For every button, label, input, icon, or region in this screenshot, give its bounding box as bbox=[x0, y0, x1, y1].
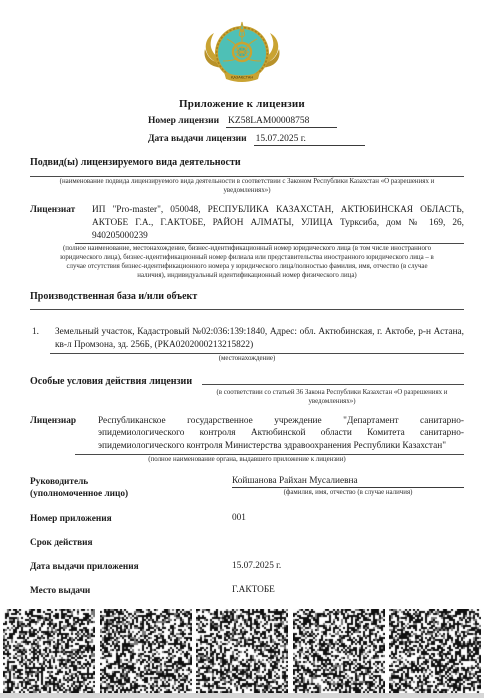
head-label-line2: (уполномоченное лицо) bbox=[30, 488, 232, 500]
license-issue-date-value: 15.07.2025 г. bbox=[254, 134, 365, 146]
special-conditions-row: Особые условия действия лицензии bbox=[30, 376, 464, 387]
divider bbox=[75, 454, 464, 455]
divider bbox=[75, 243, 464, 244]
appendix-date-row: Дата выдачи приложения 15.07.2025 г. bbox=[30, 561, 464, 573]
security-barcode bbox=[196, 609, 288, 696]
head-caption: (фамилия, имя, отчество (в случае наличи… bbox=[232, 489, 464, 496]
emblem-banner-text: ҚАЗАҚСТАН bbox=[231, 76, 253, 80]
subtype-heading: Подвид(ы) лицензируемого вида деятельнос… bbox=[30, 157, 464, 168]
item-number: 1. bbox=[32, 326, 39, 339]
appendix-date-label: Дата выдачи приложения bbox=[30, 561, 232, 573]
production-base-heading: Производственная база и/или объект bbox=[30, 291, 464, 302]
security-barcode bbox=[293, 609, 385, 696]
security-barcode bbox=[100, 609, 192, 696]
license-number-row: Номер лицензииKZ58LAM00008758 bbox=[148, 116, 484, 128]
place-value: Г.АКТОБЕ bbox=[232, 585, 464, 597]
license-appendix-document: ҚАЗАҚСТАН Приложение к лицензии Номер ли… bbox=[0, 0, 484, 700]
head-row: Руководитель (уполномоченное лицо) Койша… bbox=[30, 476, 464, 500]
subtype-caption: (наименование подвида лицензируемого вид… bbox=[30, 178, 464, 196]
appendix-number-value: 001 bbox=[232, 513, 464, 525]
kazakhstan-coat-of-arms-icon: ҚАЗАҚСТАН bbox=[197, 21, 287, 87]
licensee-block: Лицензиат ИП "Pro-master", 050048, РЕСПУ… bbox=[30, 204, 464, 242]
validity-label: Срок действия bbox=[30, 537, 232, 549]
licensee-caption: (полное наименование, местонахождение, б… bbox=[30, 245, 464, 281]
special-conditions-heading: Особые условия действия лицензии bbox=[30, 376, 192, 387]
divider bbox=[30, 309, 464, 310]
licensor-label: Лицензиар bbox=[30, 415, 76, 428]
production-base-item: 1. Земельный участок, Кадастровый №02:03… bbox=[30, 326, 464, 352]
license-issue-date-row: Дата выдачи лицензии15.07.2025 г. bbox=[148, 134, 484, 146]
production-base-caption: (местонахождение) bbox=[30, 355, 464, 364]
license-number-value: KZ58LAM00008758 bbox=[226, 116, 337, 128]
licensor-caption: (полное наименование органа, выдавшего п… bbox=[30, 456, 464, 465]
appendix-date-value: 15.07.2025 г. bbox=[232, 561, 464, 573]
licensee-value: ИП "Pro-master", 050048, РЕСПУБЛИКА КАЗА… bbox=[92, 205, 464, 241]
appendix-number-row: Номер приложения 001 bbox=[30, 513, 464, 525]
licensor-value: Республиканское государственное учрежден… bbox=[98, 416, 464, 452]
place-label: Место выдачи bbox=[30, 585, 232, 597]
validity-value bbox=[232, 537, 464, 549]
blank-line bbox=[202, 384, 464, 385]
head-value-column: Койшанова Райхан Мусалиевна (фамилия, им… bbox=[232, 476, 464, 500]
license-number-label: Номер лицензии bbox=[148, 116, 219, 126]
special-conditions-caption: (в соответствии со статьей 36 Закона Рес… bbox=[200, 388, 464, 407]
page-bottom-edge bbox=[0, 693, 484, 698]
appendix-number-label: Номер приложения bbox=[30, 513, 232, 525]
emblem-wrap: ҚАЗАҚСТАН bbox=[0, 0, 484, 87]
licensee-label: Лицензиат bbox=[30, 204, 75, 217]
divider bbox=[50, 353, 464, 354]
validity-row: Срок действия bbox=[30, 537, 464, 549]
item-text: Земельный участок, Кадастровый №02:036:1… bbox=[55, 327, 464, 350]
licensor-block: Лицензиар Республиканское государственно… bbox=[30, 415, 464, 453]
security-barcode bbox=[389, 609, 481, 696]
head-label: Руководитель (уполномоченное лицо) bbox=[30, 476, 232, 500]
security-barcode-row bbox=[0, 609, 484, 696]
divider bbox=[30, 176, 464, 177]
place-row: Место выдачи Г.АКТОБЕ bbox=[30, 585, 464, 597]
head-name-value: Койшанова Райхан Мусалиевна bbox=[232, 476, 464, 488]
page-title: Приложение к лицензии bbox=[0, 98, 484, 110]
head-label-line1: Руководитель bbox=[30, 476, 232, 488]
license-issue-date-label: Дата выдачи лицензии bbox=[148, 134, 247, 144]
security-barcode bbox=[3, 609, 95, 696]
